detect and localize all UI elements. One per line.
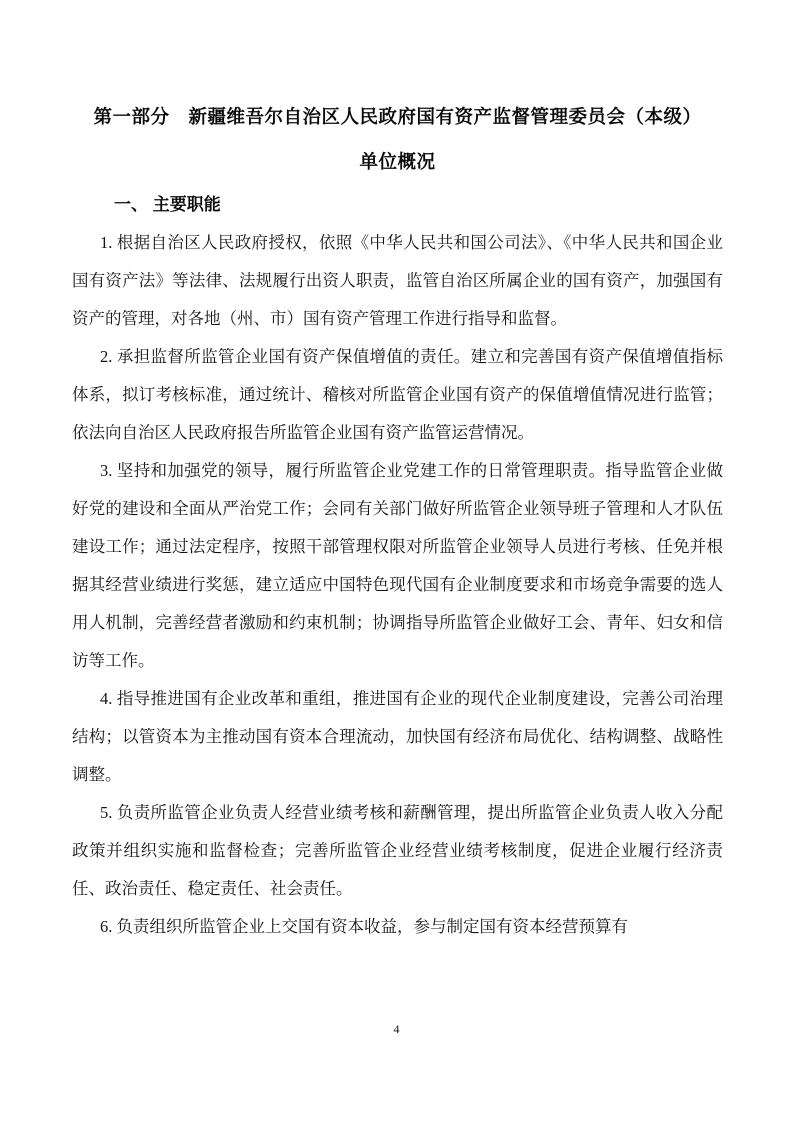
page-number: 4 xyxy=(0,1022,793,1037)
page-content: 第一部分 新疆维吾尔自治区人民政府国有资产监督管理委员会（本级） 单位概况 一、… xyxy=(72,94,723,946)
paragraph-5: 5. 负责所监管企业负责人经营业绩考核和薪酬管理，提出所监管企业负责人收入分配政… xyxy=(72,794,723,908)
paragraph-3: 3. 坚持和加强党的领导，履行所监管企业党建工作的日常管理职责。指导监管企业做好… xyxy=(72,452,723,680)
section-heading: 一、 主要职能 xyxy=(72,186,723,224)
paragraph-4: 4. 指导推进国有企业改革和重组，推进国有企业的现代企业制度建设，完善公司治理结… xyxy=(72,680,723,794)
document-page: 第一部分 新疆维吾尔自治区人民政府国有资产监督管理委员会（本级） 单位概况 一、… xyxy=(0,0,793,1122)
paragraph-1: 1. 根据自治区人民政府授权，依照《中华人民共和国公司法》、《中华人民共和国企业… xyxy=(72,224,723,338)
paragraph-2: 2. 承担监督所监管企业国有资产保值增值的责任。建立和完善国有资产保值增值指标体… xyxy=(72,338,723,452)
document-title-line2: 单位概况 xyxy=(72,139,723,184)
paragraph-6: 6. 负责组织所监管企业上交国有资本收益，参与制定国有资本经营预算有 xyxy=(72,908,723,946)
document-title: 第一部分 新疆维吾尔自治区人民政府国有资产监督管理委员会（本级） 单位概况 xyxy=(72,94,723,184)
document-title-line1: 第一部分 新疆维吾尔自治区人民政府国有资产监督管理委员会（本级） xyxy=(72,94,723,139)
